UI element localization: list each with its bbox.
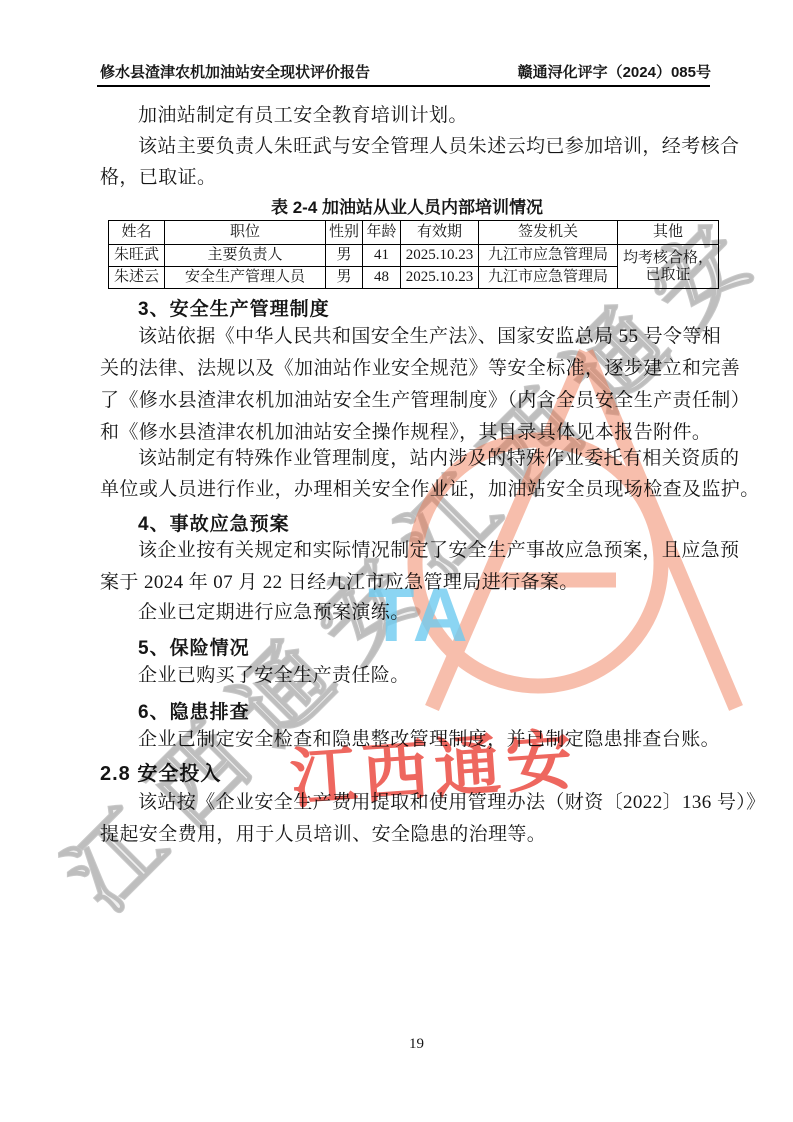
column-header: 有效期	[401, 221, 479, 245]
body-line: 该站依据《中华人民共和国安全生产法》、国家安监总局 55 号令等相	[100, 325, 752, 349]
header-report-title: 修水县渣津农机加油站安全现状评价报告	[100, 61, 370, 82]
cell-validity: 2025.10.23	[401, 245, 479, 267]
body-line: 提起安全费用，用于人员培训、安全隐患的治理等。	[100, 823, 714, 847]
page-number: 19	[0, 1036, 793, 1053]
column-header: 性别	[326, 221, 363, 245]
body-line: 了《修水县渣津农机加油站安全生产管理制度》（内含全员安全生产责任制）	[100, 389, 714, 413]
section-heading-5: 5、保险情况	[138, 633, 250, 660]
cell-gender: 男	[326, 245, 363, 267]
body-line: 加油站制定有员工安全教育培训计划。	[100, 104, 752, 128]
section-heading-3: 3、安全生产管理制度	[138, 294, 330, 321]
body-line: 该站制定有特殊作业管理制度，站内涉及的特殊作业委托有相关资质的	[100, 447, 752, 471]
cell-position: 主要负责人	[165, 245, 326, 267]
cell-validity: 2025.10.23	[401, 267, 479, 289]
cell-name: 朱述云	[109, 267, 165, 289]
column-header: 职位	[165, 221, 326, 245]
column-header: 其他	[618, 221, 719, 245]
header-doc-number: 赣通浔化评字（2024）085号	[518, 61, 711, 82]
cell-gender: 男	[326, 267, 363, 289]
body-line: 单位或人员进行作业，办理相关安全作业证，加油站安全员现场检查及监护。	[100, 478, 714, 502]
cell-authority: 九江市应急管理局	[479, 267, 618, 289]
column-header: 姓名	[109, 221, 165, 245]
body-line: 关的法律、法规以及《加油站作业安全规范》等安全标准，逐步建立和完善	[100, 357, 714, 381]
cell-authority: 九江市应急管理局	[479, 245, 618, 267]
table-row: 朱旺武 主要负责人 男 41 2025.10.23 九江市应急管理局 均考核合格…	[109, 245, 719, 267]
section-heading-4: 4、事故应急预案	[138, 509, 290, 536]
body-line: 企业已定期进行应急预案演练。	[100, 601, 752, 625]
section-heading-2-8: 2.8 安全投入	[100, 757, 221, 786]
column-header: 年龄	[363, 221, 401, 245]
page-content: 修水县渣津农机加油站安全现状评价报告 赣通浔化评字（2024）085号 加油站制…	[0, 0, 793, 1122]
body-line: 企业已制定安全检查和隐患整改管理制度，并已制定隐患排查台账。	[100, 728, 752, 752]
document-page: 修水县渣津农机加油站安全现状评价报告 赣通浔化评字（2024）085号 加油站制…	[0, 0, 793, 1122]
cell-name: 朱旺武	[109, 245, 165, 267]
training-table: 姓名 职位 性别 年龄 有效期 签发机关 其他 朱旺武 主要负责人 男 41 2…	[108, 220, 719, 289]
body-line: 该站按《企业安全生产费用提取和使用管理办法（财资〔2022〕136 号）》	[100, 791, 752, 815]
cell-age: 48	[363, 267, 401, 289]
cell-position: 安全生产管理人员	[165, 267, 326, 289]
table-title: 表 2-4 加油站从业人员内部培训情况	[100, 193, 714, 218]
body-line: 企业已购买了安全生产责任险。	[100, 664, 752, 688]
table-header-row: 姓名 职位 性别 年龄 有效期 签发机关 其他	[109, 221, 719, 245]
body-line: 格，已取证。	[100, 166, 714, 190]
column-header: 签发机关	[479, 221, 618, 245]
cell-other-merged: 均考核合格，已取证	[618, 245, 719, 289]
cell-age: 41	[363, 245, 401, 267]
header-rule	[97, 85, 710, 87]
body-line: 和《修水县渣津农机加油站安全操作规程》，其目录具体见本报告附件。	[100, 421, 714, 445]
section-heading-6: 6、隐患排查	[138, 697, 250, 724]
body-line: 该站主要负责人朱旺武与安全管理人员朱述云均已参加培训，经考核合	[100, 135, 752, 159]
body-line: 该企业按有关规定和实际情况制定了安全生产事故应急预案，且应急预	[100, 539, 752, 563]
body-line: 案于 2024 年 07 月 22 日经九江市应急管理局进行备案。	[100, 571, 714, 595]
